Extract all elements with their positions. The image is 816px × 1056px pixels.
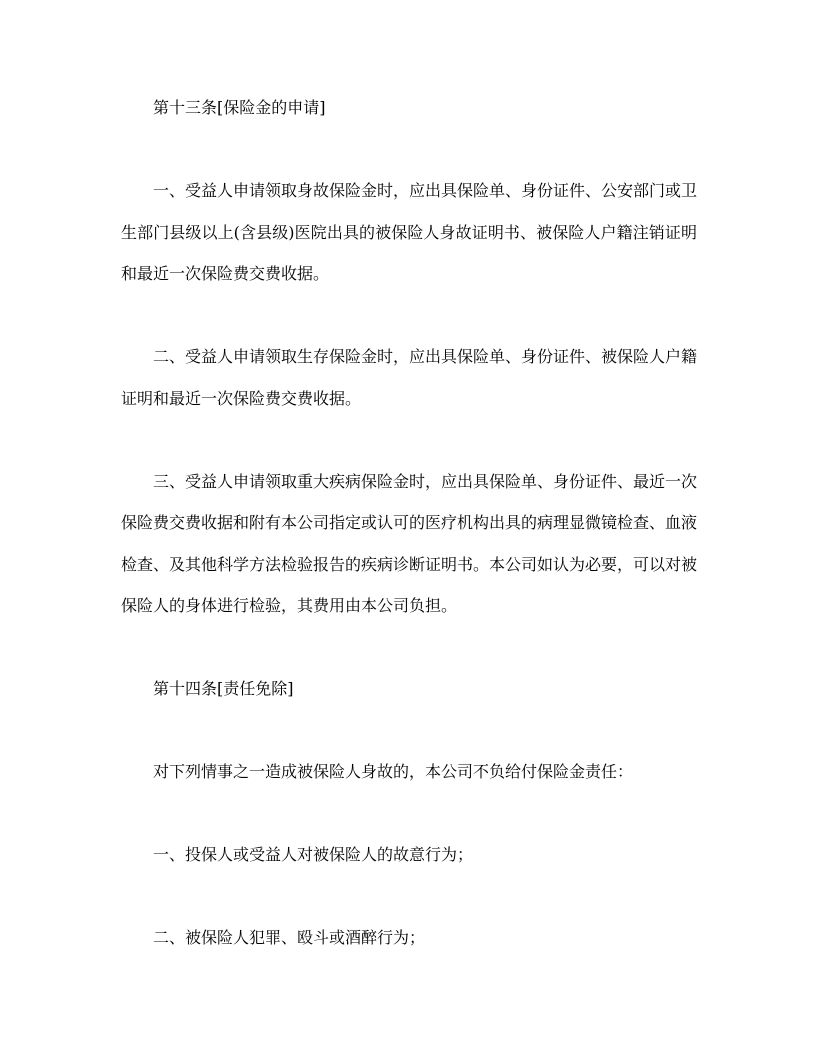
paragraph: 二、受益人申请领取生存保险金时，应出具保险单、身份证件、被保险人户籍证明和最近一… bbox=[121, 336, 697, 419]
paragraph: 一、投保人或受益人对被保险人的故意行为； bbox=[121, 834, 697, 876]
paragraph: 一、受益人申请领取身故保险金时，应出具保险单、身份证件、公安部门或卫生部门县级以… bbox=[121, 170, 697, 295]
paragraph: 对下列情事之一造成被保险人身故的，本公司不负给付保险金责任： bbox=[121, 751, 697, 793]
document-page: 第十三条[保险金的申请]一、受益人申请领取身故保险金时，应出具保险单、身份证件、… bbox=[0, 0, 816, 1056]
article-heading: 第十三条[保险金的申请] bbox=[121, 87, 697, 129]
paragraph: 三、受益人申请领取重大疾病保险金时，应出具保险单、身份证件、最近一次保险费交费收… bbox=[121, 461, 697, 627]
document-body: 第十三条[保险金的申请]一、受益人申请领取身故保险金时，应出具保险单、身份证件、… bbox=[121, 87, 697, 959]
article-heading: 第十四条[责任免除] bbox=[121, 668, 697, 710]
paragraph: 二、被保险人犯罪、殴斗或酒醉行为； bbox=[121, 917, 697, 959]
